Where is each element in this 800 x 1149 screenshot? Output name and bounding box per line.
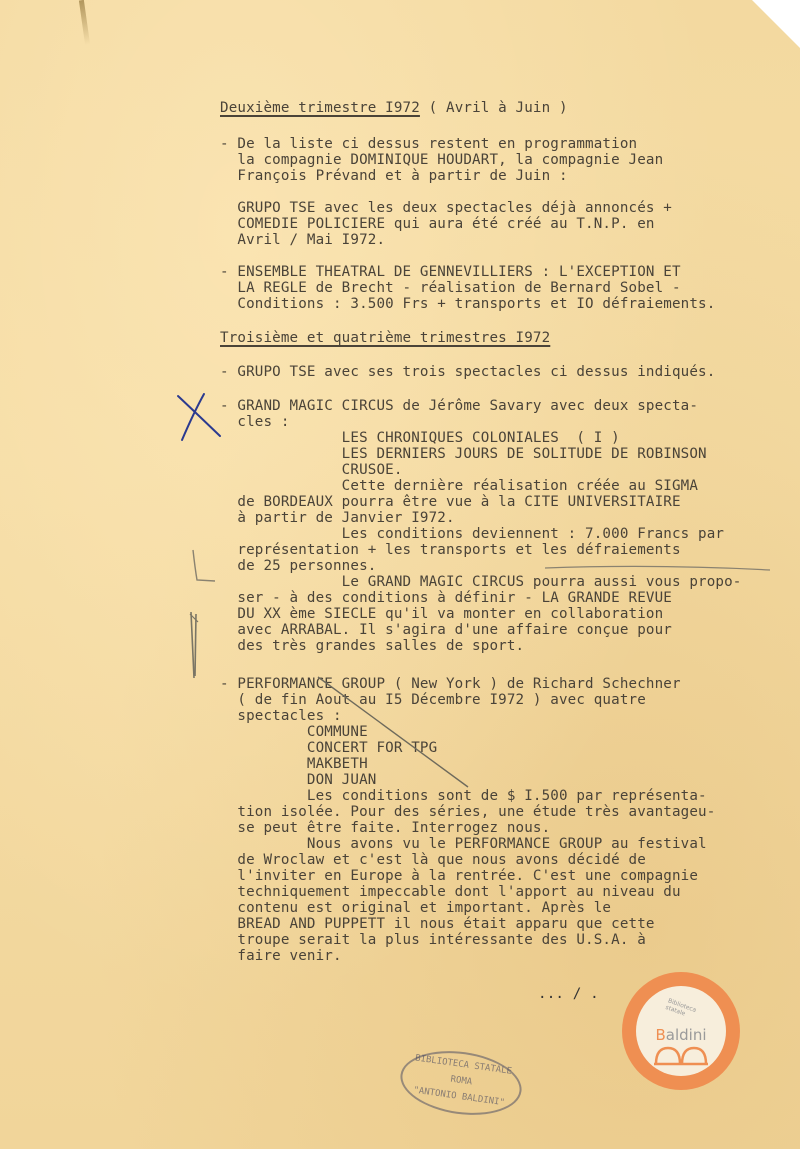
gmc-line: Cette dernière réalisation créée au SIGM…	[220, 478, 698, 494]
pg-line: tion isolée. Pour des séries, une étude …	[220, 804, 715, 820]
heading-q2-suffix: ( Avril à Juin )	[420, 100, 568, 116]
gmc-line: des très grandes salles de sport.	[220, 638, 524, 654]
logo-wordmark: Baldini	[636, 1026, 726, 1044]
pg-line: techniquement impeccable dont l'apport a…	[220, 884, 681, 900]
gmc-line: à partir de Janvier I972.	[220, 510, 455, 526]
pg-line: se peut être faite. Interrogez nous.	[220, 820, 550, 836]
section-heading-q3-q4: Troisième et quatrième trimestres I972	[220, 330, 550, 346]
folded-corner	[752, 0, 800, 48]
continuation-mark: ... / .	[538, 986, 599, 1002]
pg-line: contenu est original et important. Après…	[220, 900, 611, 916]
gmc-line: DU XX ème SIECLE qu'il va monter en coll…	[220, 606, 663, 622]
pencil-diagonal-strike-icon	[300, 675, 500, 795]
gmc-line: ser - à des conditions à définir - LA GR…	[220, 590, 672, 606]
gmc-line: LES CHRONIQUES COLONIALES ( I )	[220, 430, 620, 446]
gmc-line: CRUSOE.	[220, 462, 403, 478]
logo-inner-circle: Bibliotecastatale Baldini	[636, 986, 726, 1076]
q2-item-2-line: - ENSEMBLE THEATRAL DE GENNEVILLIERS : L…	[220, 264, 681, 280]
q2-item-1-sub-line: Avril / Mai I972.	[220, 232, 385, 248]
q2-item-2-line: LA REGLE de Brecht - réalisation de Bern…	[220, 280, 681, 296]
pg-line: troupe serait la plus intéressante des U…	[220, 932, 646, 948]
pencil-bracket-mark-icon	[185, 548, 785, 588]
q2-item-1-line: - De la liste ci dessus restent en progr…	[220, 136, 637, 152]
heading-q3-q4-title: Troisième et quatrième trimestres I972	[220, 330, 550, 346]
gmc-line: avec ARRABAL. Il s'agira d'une affaire c…	[220, 622, 672, 638]
baldini-library-logo: Bibliotecastatale Baldini	[622, 972, 740, 1090]
q2-item-1-sub-line: GRUPO TSE avec les deux spectacles déjà …	[220, 200, 672, 216]
pg-line: de Wroclaw et c'est là que nous avons dé…	[220, 852, 646, 868]
pencil-margin-lines-icon	[186, 610, 206, 680]
gmc-line: de BORDEAUX pourra être vue à la CITE UN…	[220, 494, 681, 510]
gmc-line: LES DERNIERS JOURS DE SOLITUDE DE ROBINS…	[220, 446, 707, 462]
handwritten-x-mark-icon	[170, 390, 230, 450]
pg-line: l'inviter en Europe à la rentrée. C'est …	[220, 868, 698, 884]
pg-line: Nous avons vu le PERFORMANCE GROUP au fe…	[220, 836, 707, 852]
logo-small-text: Bibliotecastatale	[664, 997, 697, 1020]
q2-item-1-sub-line: COMEDIE POLICIERE qui aura été créé au T…	[220, 216, 655, 232]
q3-item-1: - GRUPO TSE avec ses trois spectacles ci…	[220, 364, 715, 380]
section-heading-q2: Deuxième trimestre I972 ( Avril à Juin )	[220, 100, 568, 116]
open-book-icon	[654, 1046, 708, 1066]
gmc-line: cles :	[220, 414, 290, 430]
gmc-line: Les conditions deviennent : 7.000 Francs…	[220, 526, 724, 542]
q2-item-1-line: la compagnie DOMINIQUE HOUDART, la compa…	[220, 152, 663, 168]
heading-q2-title: Deuxième trimestre I972	[220, 100, 420, 116]
gmc-line: - GRAND MAGIC CIRCUS de Jérôme Savary av…	[220, 398, 698, 414]
logo-initial: B	[655, 1026, 665, 1044]
q2-item-1-line: François Prévand et à partir de Juin :	[220, 168, 568, 184]
pg-line: BREAD AND PUPPETT il nous était apparu q…	[220, 916, 655, 932]
logo-wordmark-rest: aldini	[666, 1026, 707, 1044]
q2-item-2-line: Conditions : 3.500 Frs + transports et I…	[220, 296, 715, 312]
pg-line: faire venir.	[220, 948, 342, 964]
